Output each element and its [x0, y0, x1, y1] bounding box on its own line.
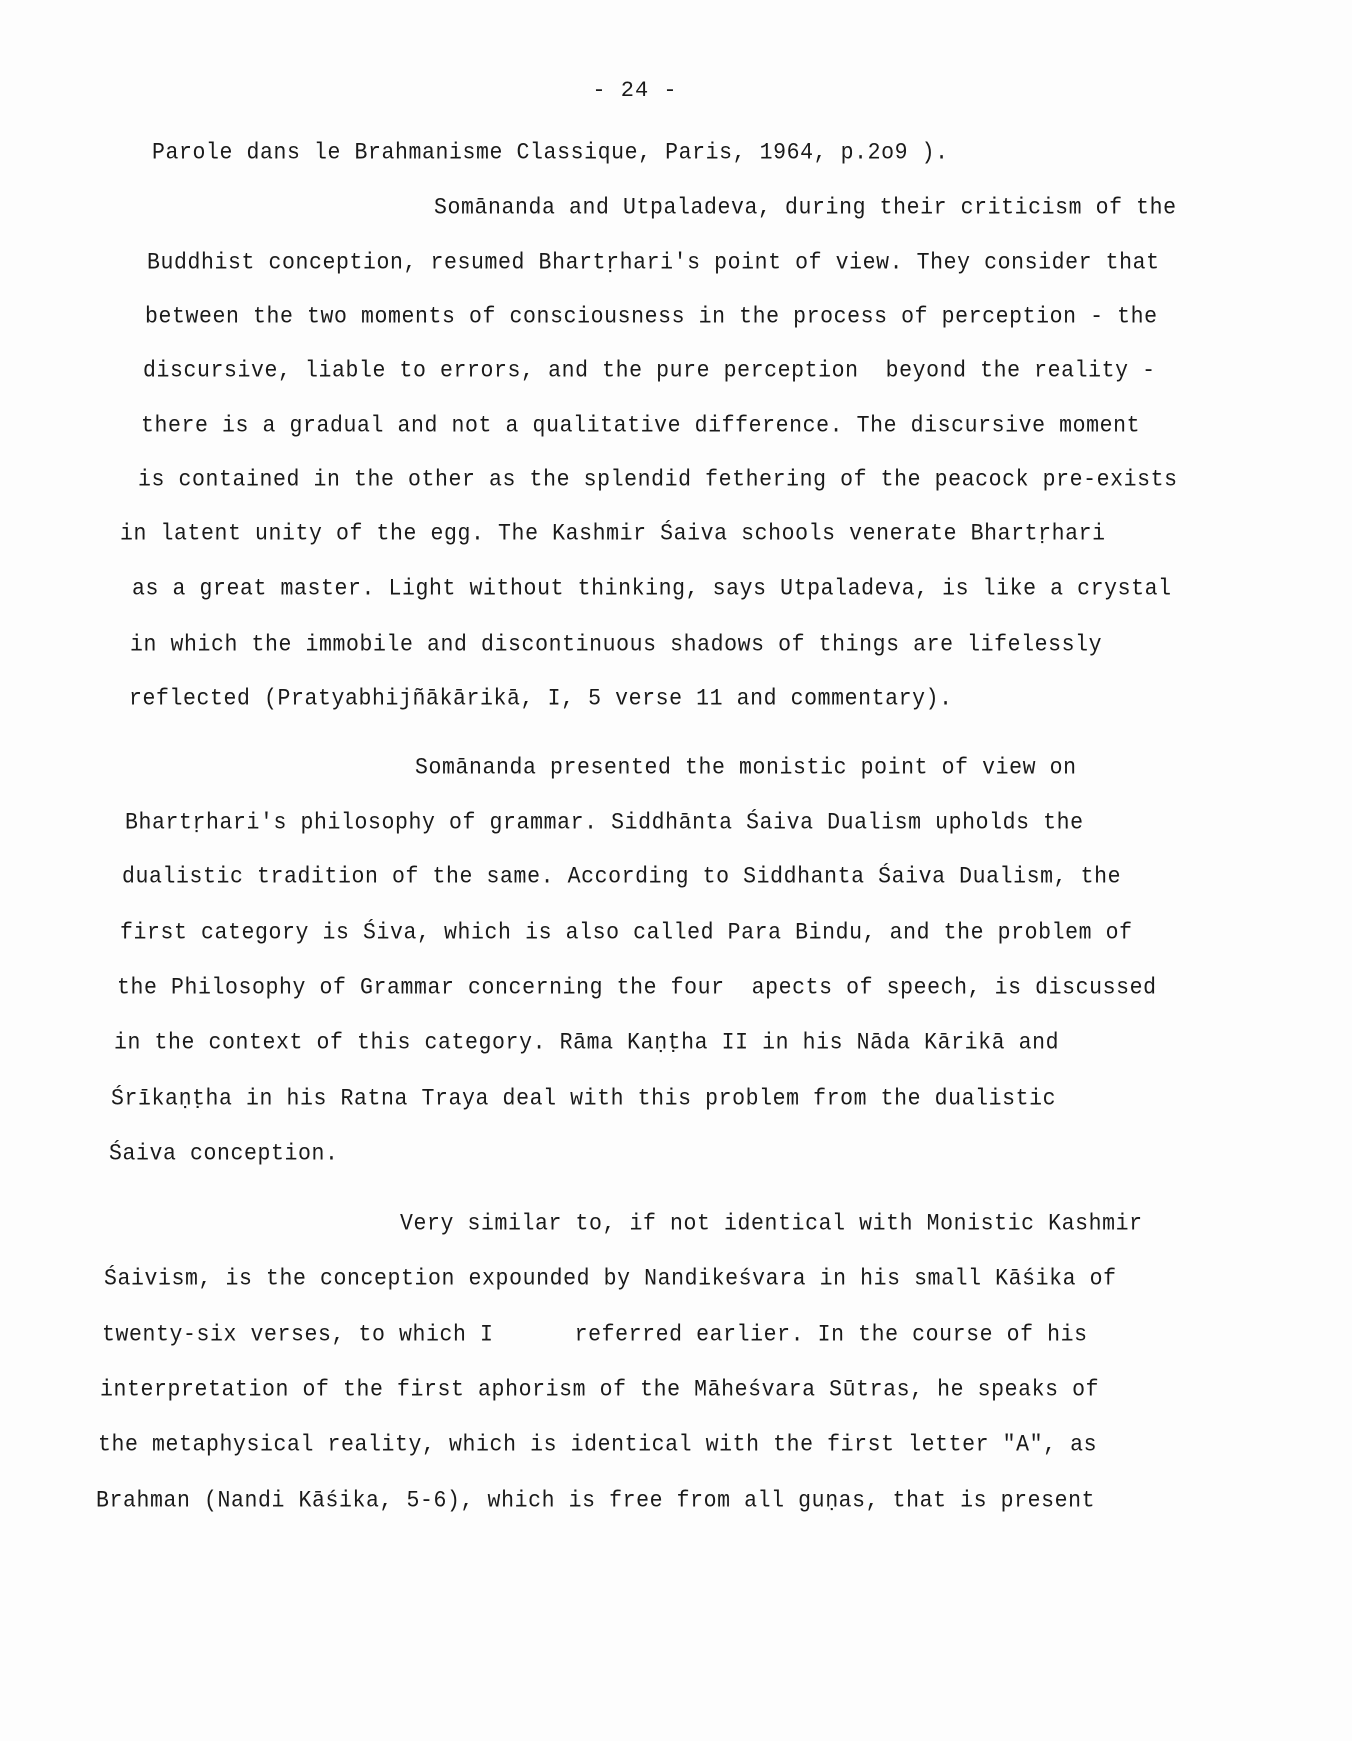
text-line: there is a gradual and not a qualitative…: [141, 413, 1140, 439]
paragraph-start-line: Very similar to, if not identical with M…: [400, 1211, 1143, 1237]
text-line: in the context of this category. Rāma Ka…: [114, 1030, 1059, 1056]
text-line: Brahman (Nandi Kāśika, 5-6), which is fr…: [96, 1488, 1095, 1514]
text-line: is contained in the other as the splendi…: [138, 467, 1178, 493]
text-line: the Philosophy of Grammar concerning the…: [117, 975, 1157, 1001]
text-line: in which the immobile and discontinuous …: [130, 632, 1102, 658]
text-line: in latent unity of the egg. The Kashmir …: [120, 521, 1106, 547]
text-line: Buddhist conception, resumed Bhartṛhari'…: [147, 250, 1160, 276]
paragraph-start-line: Somānanda and Utpaladeva, during their c…: [434, 195, 1177, 221]
page-number: - 24 -: [0, 78, 1270, 103]
paragraph-start-line: Somānanda presented the monistic point o…: [415, 755, 1077, 781]
text-line: dualistic tradition of the same. Accordi…: [122, 864, 1121, 890]
text-line: discursive, liable to errors, and the pu…: [143, 358, 1156, 384]
text-line: as a great master. Light without thinkin…: [132, 576, 1172, 602]
text-line: Bhartṛhari's philosophy of grammar. Sidd…: [125, 810, 1084, 836]
text-line: Śrīkaṇṭha in his Ratna Traya deal with t…: [111, 1086, 1056, 1112]
text-line: the metaphysical reality, which is ident…: [98, 1432, 1097, 1458]
text-line: Śaiva conception.: [109, 1141, 339, 1167]
text-line: Śaivism, is the conception expounded by …: [104, 1266, 1117, 1292]
text-line: first category is Śiva, which is also ca…: [120, 920, 1133, 946]
text-line: Parole dans le Brahmanisme Classique, Pa…: [152, 140, 949, 166]
text-line: between the two moments of consciousness…: [145, 304, 1158, 330]
text-line: reflected (Pratyabhijñākārikā, I, 5 vers…: [129, 686, 953, 712]
text-line: twenty-six verses, to which I referred e…: [102, 1322, 1088, 1348]
text-line: interpretation of the first aphorism of …: [100, 1377, 1099, 1403]
document-page: - 24 - Parole dans le Brahmanisme Classi…: [0, 0, 1352, 1741]
